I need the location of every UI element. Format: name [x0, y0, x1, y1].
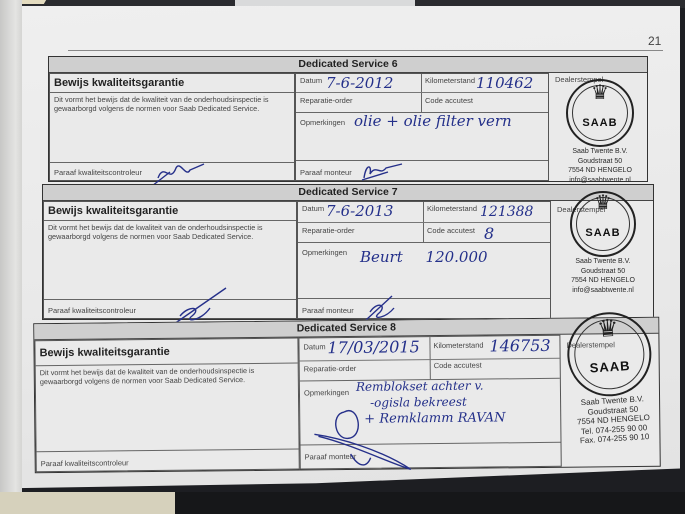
- service-details-box: Datum 7-6-2012 Kilometerstand 110462 Rep…: [295, 73, 549, 181]
- warranty-title: Bewijs kwaliteitsgarantie: [48, 205, 178, 217]
- qc-signature-label: Paraaf kwaliteitscontroleur: [54, 168, 142, 177]
- battery-code-label: Code accutest: [425, 96, 473, 105]
- repair-order-label: Reparatie-order: [300, 96, 353, 105]
- warranty-box: Bewijs kwaliteitsgarantie Dit vormt het …: [49, 73, 295, 181]
- booklet-page: 21 Dedicated Service 6 Bewijs kwaliteits…: [18, 6, 680, 498]
- battery-code-value: 8: [484, 224, 494, 243]
- mechanic-signature-label: Paraaf monteur: [300, 168, 352, 177]
- background-sheet: [235, 0, 415, 6]
- date-value: 17/03/2015: [327, 337, 419, 357]
- qc-signature-label: Paraaf kwaliteitscontroleur: [48, 306, 136, 315]
- warranty-text: Dit vormt het bewijs dat de kwaliteit va…: [48, 223, 296, 241]
- service-section-8: Dedicated Service 8 Bewijs kwaliteitsgar…: [33, 317, 661, 474]
- service-details-box: Datum 17/03/2015 Kilometerstand 146753 R…: [298, 335, 561, 470]
- repair-order-label: Reparatie-order: [302, 226, 355, 235]
- page-number: 21: [648, 34, 661, 48]
- stamp-line: Goudstraat 50: [555, 157, 645, 167]
- warranty-box: Bewijs kwaliteitsgarantie Dit vormt het …: [34, 338, 299, 473]
- stamp-line: 7554 ND HENGELO: [557, 276, 649, 286]
- mileage-value: 146753: [489, 336, 550, 356]
- date-value: 7-6-2012: [326, 74, 393, 92]
- warranty-text: Dit vormt het bewijs dat de kwaliteit va…: [54, 95, 294, 113]
- griffin-icon: ♛: [568, 89, 632, 99]
- remarks-label: Opmerkingen: [300, 118, 345, 127]
- warranty-box: Bewijs kwaliteitsgarantie Dit vormt het …: [43, 201, 297, 319]
- mechanic-signature: [362, 294, 402, 322]
- booklet-spine: [0, 0, 22, 514]
- remarks-line: Remblokset achter v.: [356, 379, 484, 394]
- mileage-label: Kilometerstand: [427, 204, 477, 213]
- dealer-stamp: ♛ SAAB Saab Twente B.V. Goudstraat 50 75…: [557, 191, 649, 295]
- qc-signature: [170, 286, 230, 326]
- date-label: Datum: [300, 76, 322, 85]
- qc-signature-label: Paraaf kwaliteitscontroleur: [41, 458, 129, 468]
- mechanic-signature: [310, 393, 421, 474]
- dealer-stamp: ♛ SAAB Saab Twente B.V. Goudstraat 50 75…: [557, 309, 665, 447]
- mechanic-signature: [358, 158, 408, 182]
- warranty-title: Bewijs kwaliteitsgarantie: [39, 346, 169, 359]
- battery-code-label: Code accutest: [434, 361, 482, 371]
- mileage-value: 110462: [476, 74, 533, 92]
- griffin-icon: ♛: [572, 199, 634, 209]
- repair-order-label: Reparatie-order: [304, 364, 357, 374]
- date-value: 7-6-2013: [326, 202, 393, 220]
- dealer-stamp: ♛ SAAB Saab Twente B.V. Goudstraat 50 75…: [555, 79, 645, 185]
- warranty-text: Dit vormt het bewijs dat de kwaliteit va…: [40, 366, 298, 387]
- warranty-title: Bewijs kwaliteitsgarantie: [54, 77, 184, 89]
- stamp-line: Saab Twente B.V.: [557, 257, 649, 267]
- background-bottom: [0, 492, 685, 514]
- mileage-label: Kilometerstand: [433, 341, 483, 351]
- remarks-label: Opmerkingen: [302, 248, 347, 257]
- date-label: Datum: [302, 204, 324, 213]
- date-label: Datum: [303, 342, 325, 351]
- header-rule: [68, 50, 663, 51]
- stamp-line: 7554 ND HENGELO: [555, 166, 645, 176]
- background-paper: [0, 492, 175, 514]
- remarks-line: olie + olie filter vern: [354, 112, 512, 130]
- mechanic-signature-label: Paraaf monteur: [302, 306, 354, 315]
- service-section-7: Dedicated Service 7 Bewijs kwaliteitsgar…: [42, 184, 654, 320]
- stamp-line: Goudstraat 50: [557, 267, 649, 277]
- stamp-brand: SAAB: [572, 229, 634, 239]
- service-section-6: Dedicated Service 6 Bewijs kwaliteitsgar…: [48, 56, 648, 182]
- stamp-brand: SAAB: [568, 119, 632, 129]
- battery-code-label: Code accutest: [427, 226, 475, 235]
- mileage-value: 121388: [480, 204, 533, 220]
- stamp-line: info@saabtwente.nl: [557, 286, 649, 296]
- service-details-box: Datum 7-6-2013 Kilometerstand 121388 Rep…: [297, 201, 551, 319]
- remarks-line: Beurt 120.000: [360, 248, 488, 266]
- stamp-line: Saab Twente B.V.: [555, 147, 645, 157]
- section-title: Dedicated Service 6: [49, 57, 647, 73]
- mileage-label: Kilometerstand: [425, 76, 475, 85]
